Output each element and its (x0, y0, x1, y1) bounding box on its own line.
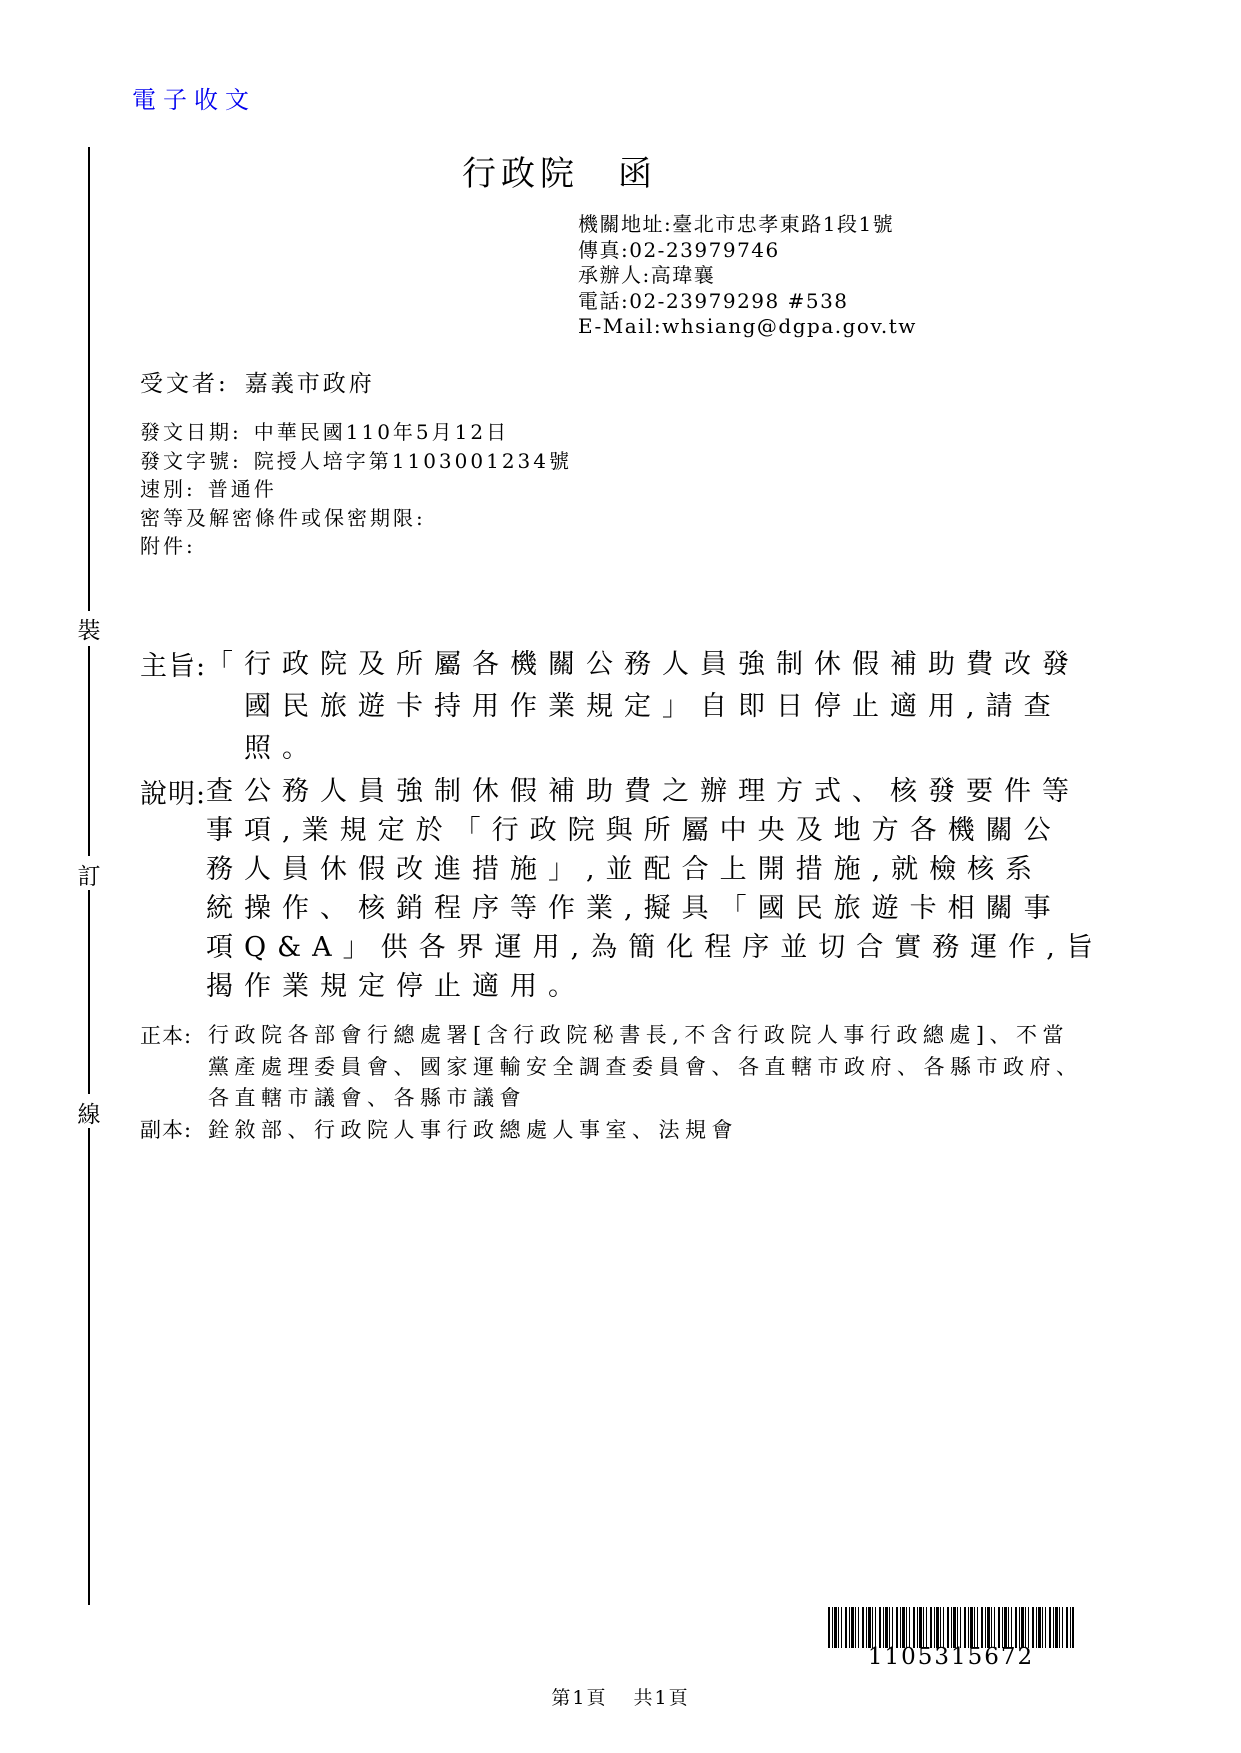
document-title: 行政院 函 (462, 146, 657, 195)
recipient-label: 受文者: (140, 371, 229, 397)
description-line: 務人員休假改進措施」,並配合上開措施,就檢核系 (206, 850, 1146, 889)
original-copies-row: 正本: 行政院各部會行總處署[含行政院秘書長,不含行政院人事行政總處]、不當 黨… (140, 1020, 1130, 1115)
original-copies-line: 黨產處理委員會、國家運輸安全調查委員會、各直轄市政府、各縣市政府、 (208, 1052, 1130, 1084)
carbon-copy-row: 副本: 銓敘部、行政院人事行政總處人事室、法規會 (140, 1114, 1130, 1144)
page-footer: 第1頁共1頁 (0, 1683, 1241, 1710)
barcode-number: 1105315672 (828, 1644, 1074, 1670)
sender-contact-person: 承辦人:高瑋襄 (578, 263, 917, 289)
attachment-row: 附件: (140, 532, 572, 561)
doc-number-row: 發文字號:院授人培字第1103001234號 (140, 447, 572, 476)
doc-number-label: 發文字號: (140, 449, 242, 473)
binding-marker-xian: 線 (75, 1096, 103, 1129)
description-line: 統操作、核銷程序等作業,擬具「國民旅遊卡相關事 (206, 889, 1146, 928)
barcode (828, 1607, 1074, 1648)
description-label: 說明: (140, 772, 206, 811)
subject-line: 國民旅遊卡持用作業規定」自即日停止適用,請查 (206, 686, 1146, 728)
current-page: 第1頁 (551, 1687, 607, 1709)
subject-line: 「行政院及所屬各機關公務人員強制休假補助費改發 (206, 644, 1146, 686)
meta-block: 發文日期:中華民國110年5月12日 發文字號:院授人培字第1103001234… (140, 418, 572, 561)
description-line: 揭作業規定停止適用。 (206, 967, 1146, 1006)
subject-label: 主旨: (140, 644, 206, 683)
subject-line: 照。 (206, 728, 1146, 770)
binding-line-segment (88, 147, 90, 611)
recipient-value: 嘉義市政府 (245, 371, 375, 397)
electronic-receipt-stamp: 電子收文 (132, 80, 256, 115)
description-body: 查公務人員強制休假補助費之辦理方式、核發要件等 事項,業規定於「行政院與所屬中央… (206, 772, 1146, 1006)
original-copies-body: 行政院各部會行總處署[含行政院秘書長,不含行政院人事行政總處]、不當 黨產處理委… (208, 1020, 1130, 1115)
speed-label: 速別: (140, 477, 196, 501)
sender-info-block: 機關地址:臺北市忠孝東路1段1號 傳真:02-23979746 承辦人:高瑋襄 … (578, 212, 917, 340)
issue-date-row: 發文日期:中華民國110年5月12日 (140, 418, 572, 447)
sender-phone: 電話:02-23979298 #538 (578, 289, 917, 315)
security-label: 密等及解密條件或保密期限: (140, 506, 426, 530)
description-line: 查公務人員強制休假補助費之辦理方式、核發要件等 (206, 772, 1146, 811)
binding-marker-zhuang: 裝 (75, 612, 103, 645)
carbon-copy-label: 副本: (140, 1114, 208, 1144)
attachment-label: 附件: (140, 534, 196, 558)
binding-marker-ding: 訂 (75, 858, 103, 891)
original-copies-line: 行政院各部會行總處署[含行政院秘書長,不含行政院人事行政總處]、不當 (208, 1020, 1130, 1052)
issue-date-value: 中華民國110年5月12日 (254, 420, 509, 444)
description-line: 事項,業規定於「行政院與所屬中央及地方各機關公 (206, 811, 1146, 850)
doc-number-value: 院授人培字第1103001234號 (254, 449, 572, 473)
total-pages: 共1頁 (634, 1687, 690, 1709)
binding-line-segment (88, 646, 90, 856)
subject-body: 「行政院及所屬各機關公務人員強制休假補助費改發 國民旅遊卡持用作業規定」自即日停… (206, 644, 1146, 770)
binding-line-segment (88, 890, 90, 1094)
original-copies-label: 正本: (140, 1020, 208, 1115)
security-row: 密等及解密條件或保密期限: (140, 504, 572, 533)
sender-fax: 傳真:02-23979746 (578, 238, 917, 264)
speed-value: 普通件 (208, 477, 277, 501)
document-page: 裝 訂 線 電子收文 行政院 函 機關地址:臺北市忠孝東路1段1號 傳真:02-… (0, 0, 1241, 1753)
speed-row: 速別:普通件 (140, 475, 572, 504)
sender-address: 機關地址:臺北市忠孝東路1段1號 (578, 212, 917, 238)
original-copies-line: 各直轄市議會、各縣市議會 (208, 1083, 1130, 1115)
binding-line-segment (88, 1128, 90, 1605)
issue-date-label: 發文日期: (140, 420, 242, 444)
sender-email: E-Mail:whsiang@dgpa.gov.tw (578, 314, 917, 340)
carbon-copy-value: 銓敘部、行政院人事行政總處人事室、法規會 (208, 1114, 1130, 1144)
recipient-row: 受文者:嘉義市政府 (140, 365, 375, 398)
description-line: 項Q&A」供各界運用,為簡化程序並切合實務運作,旨 (206, 928, 1146, 967)
